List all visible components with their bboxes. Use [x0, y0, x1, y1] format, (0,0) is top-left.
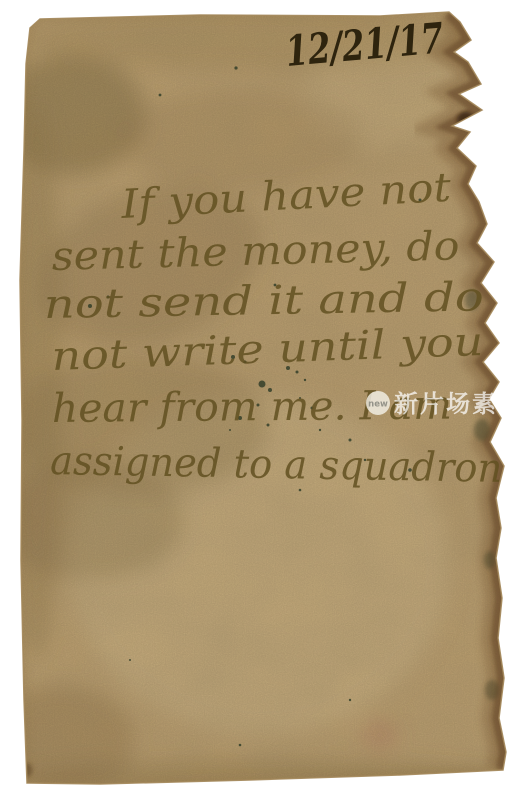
watermark-text: 新片场素材 [394, 390, 518, 418]
watermark-logo-label: new [368, 400, 388, 410]
letter-photo-canvas: 12/21/17 If you have not sent the money,… [0, 0, 518, 800]
handwriting-line-3: not send it and do [43, 274, 484, 328]
old-letter-photo: 12/21/17 If you have not sent the money,… [0, 0, 518, 800]
handwriting-line-5: hear from me. I am [52, 383, 452, 432]
handwriting-line-6: assigned to a squadron [50, 438, 503, 492]
